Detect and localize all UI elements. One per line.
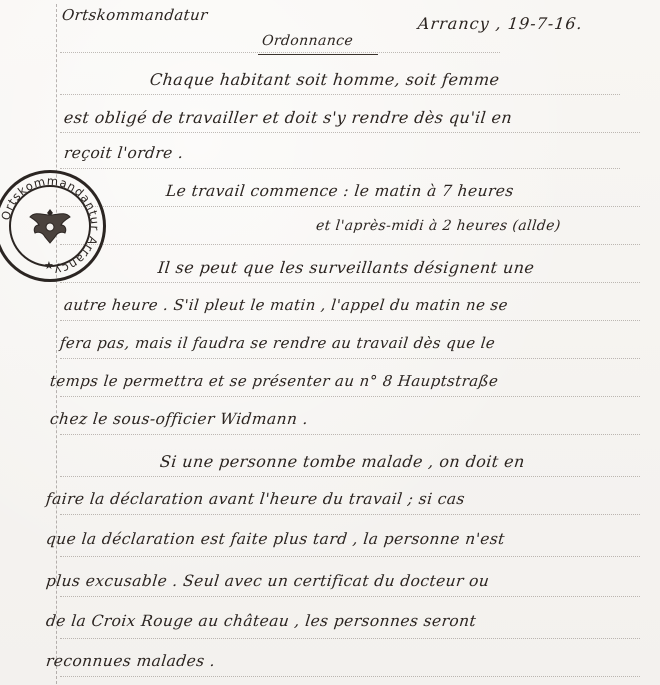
text-line: est obligé de travailler et doit s'y ren… — [63, 108, 513, 127]
ruled-line — [60, 476, 640, 478]
text-line: reçoit l'ordre . — [63, 144, 184, 162]
text-line: et l'après-midi à 2 heures (allde) — [315, 218, 561, 234]
ruled-line — [60, 132, 640, 134]
ruled-line — [60, 638, 640, 640]
title-underline — [258, 54, 378, 55]
ruled-line — [60, 244, 640, 246]
text-line: autre heure . S'il pleut le matin , l'ap… — [63, 296, 509, 314]
ruled-line — [60, 168, 620, 170]
place-and-date: Arrancy , 19-7-16. — [417, 14, 584, 33]
eagle-emblem-icon — [25, 201, 75, 251]
ruled-line — [60, 94, 620, 96]
ruled-line — [60, 676, 640, 678]
text-line: chez le sous-officier Widmann . — [49, 410, 309, 428]
ruled-line — [60, 596, 640, 598]
text-line: temps le permettra et se présenter au n°… — [49, 372, 499, 390]
handwritten-ordinance-page: Ortskommandatur Arrancy , 19-7-16. Ordon… — [0, 0, 660, 685]
ruled-line — [60, 320, 640, 322]
ruled-line — [60, 396, 640, 398]
text-line: Le travail commence : le matin à 7 heure… — [165, 182, 515, 200]
ruled-line — [60, 358, 640, 360]
text-line: Si une personne tombe malade , on doit e… — [159, 452, 526, 471]
issuer-heading: Ortskommandatur — [61, 6, 209, 24]
ruled-line — [60, 514, 640, 516]
text-line: faire la déclaration avant l'heure du tr… — [45, 490, 466, 508]
text-line: fera pas, mais il faudra se rendre au tr… — [59, 334, 496, 352]
ruled-line — [60, 282, 640, 284]
text-line: de la Croix Rouge au château , les perso… — [45, 612, 477, 630]
document-title: Ordonnance — [261, 33, 354, 49]
ruled-line — [60, 556, 640, 558]
ruled-line — [60, 206, 640, 208]
official-stamp: Ortskommandantur Arrancy ★ — [0, 170, 106, 282]
text-line: plus excusable . Seul avec un certificat… — [45, 572, 490, 590]
ruled-line — [60, 434, 640, 436]
text-line: reconnues malades . — [45, 652, 216, 670]
text-line: que la déclaration est faite plus tard ,… — [45, 530, 506, 548]
text-line: Chaque habitant soit homme, soit femme — [149, 70, 500, 89]
text-line: Il se peut que les surveillants désignen… — [157, 258, 535, 277]
star-icon: ★ — [44, 259, 54, 272]
